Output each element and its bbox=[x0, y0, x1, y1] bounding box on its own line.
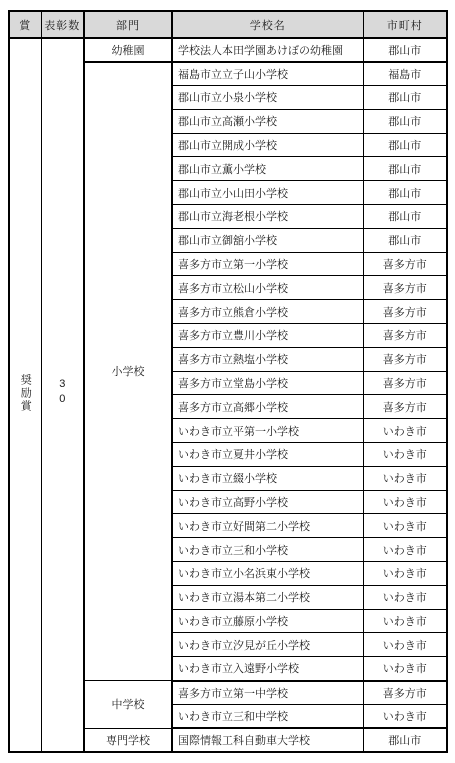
school-name-cell: いわき市立夏井小学校 bbox=[172, 443, 363, 467]
municipality-cell: 郡山市 bbox=[363, 109, 447, 133]
municipality-cell: 喜多方市 bbox=[363, 252, 447, 276]
category-cell: 小学校 bbox=[84, 62, 172, 681]
school-name-cell: 喜多方市立堂島小学校 bbox=[172, 371, 363, 395]
municipality-cell: いわき市 bbox=[363, 657, 447, 681]
municipality-cell: いわき市 bbox=[363, 585, 447, 609]
school-name-cell: 喜多方市立松山小学校 bbox=[172, 276, 363, 300]
municipality-cell: 郡山市 bbox=[363, 728, 447, 752]
school-name-cell: 郡山市立小山田小学校 bbox=[172, 181, 363, 205]
school-name-cell: 福島市立立子山小学校 bbox=[172, 62, 363, 86]
category-cell: 幼稚園 bbox=[84, 38, 172, 62]
municipality-cell: いわき市 bbox=[363, 704, 447, 728]
school-name-cell: 喜多方市立熱塩小学校 bbox=[172, 347, 363, 371]
awards-table-body: 奨励賞30幼稚園学校法人本田学園あけぼの幼稚園郡山市小学校福島市立立子山小学校福… bbox=[9, 38, 447, 752]
school-name-cell: 喜多方市立高郷小学校 bbox=[172, 395, 363, 419]
school-name-cell: 郡山市立開成小学校 bbox=[172, 133, 363, 157]
school-name-cell: いわき市立三和小学校 bbox=[172, 538, 363, 562]
category-cell: 中学校 bbox=[84, 681, 172, 729]
municipality-cell: いわき市 bbox=[363, 443, 447, 467]
header-category: 部門 bbox=[84, 11, 172, 38]
municipality-cell: いわき市 bbox=[363, 609, 447, 633]
school-name-cell: 喜多方市立豊川小学校 bbox=[172, 324, 363, 348]
header-prize: 賞 bbox=[9, 11, 41, 38]
school-name-cell: いわき市立湯本第二小学校 bbox=[172, 585, 363, 609]
header-school-name: 学校名 bbox=[172, 11, 363, 38]
municipality-cell: 喜多方市 bbox=[363, 371, 447, 395]
header-row: 賞 表彰数 部門 学校名 市町村 bbox=[9, 11, 447, 38]
municipality-cell: いわき市 bbox=[363, 538, 447, 562]
municipality-cell: 喜多方市 bbox=[363, 347, 447, 371]
table-row: 奨励賞30幼稚園学校法人本田学園あけぼの幼稚園郡山市 bbox=[9, 38, 447, 62]
document-page: 賞 表彰数 部門 学校名 市町村 奨励賞30幼稚園学校法人本田学園あけぼの幼稚園… bbox=[0, 0, 455, 763]
municipality-cell: 郡山市 bbox=[363, 86, 447, 110]
school-name-cell: いわき市立藤原小学校 bbox=[172, 609, 363, 633]
municipality-cell: 喜多方市 bbox=[363, 324, 447, 348]
header-award-count: 表彰数 bbox=[41, 11, 84, 38]
school-name-cell: 郡山市立海老根小学校 bbox=[172, 205, 363, 229]
school-name-cell: 郡山市立薫小学校 bbox=[172, 157, 363, 181]
municipality-cell: いわき市 bbox=[363, 562, 447, 586]
municipality-cell: いわき市 bbox=[363, 633, 447, 657]
school-name-cell: いわき市立三和中学校 bbox=[172, 704, 363, 728]
school-name-cell: 国際情報工科自動車大学校 bbox=[172, 728, 363, 752]
award-count-cell: 30 bbox=[41, 38, 84, 752]
school-name-cell: いわき市立綴小学校 bbox=[172, 466, 363, 490]
school-name-cell: いわき市立入遠野小学校 bbox=[172, 657, 363, 681]
school-name-cell: 喜多方市立第一中学校 bbox=[172, 681, 363, 705]
prize-name-vertical-text: 奨励賞 bbox=[19, 374, 31, 413]
municipality-cell: 郡山市 bbox=[363, 38, 447, 62]
school-name-cell: いわき市立高野小学校 bbox=[172, 490, 363, 514]
municipality-cell: いわき市 bbox=[363, 419, 447, 443]
municipality-cell: 郡山市 bbox=[363, 205, 447, 229]
school-name-cell: 学校法人本田学園あけぼの幼稚園 bbox=[172, 38, 363, 62]
municipality-cell: 喜多方市 bbox=[363, 681, 447, 705]
municipality-cell: 喜多方市 bbox=[363, 300, 447, 324]
municipality-cell: 郡山市 bbox=[363, 133, 447, 157]
school-name-cell: いわき市立好間第二小学校 bbox=[172, 514, 363, 538]
municipality-cell: 郡山市 bbox=[363, 181, 447, 205]
prize-name-cell: 奨励賞 bbox=[9, 38, 41, 752]
municipality-cell: いわき市 bbox=[363, 490, 447, 514]
school-name-cell: 郡山市立御舘小学校 bbox=[172, 228, 363, 252]
award-count-vertical-text: 30 bbox=[56, 378, 68, 408]
school-name-cell: 喜多方市立熊倉小学校 bbox=[172, 300, 363, 324]
school-name-cell: 郡山市立小泉小学校 bbox=[172, 86, 363, 110]
school-name-cell: いわき市立汐見が丘小学校 bbox=[172, 633, 363, 657]
school-name-cell: いわき市立平第一小学校 bbox=[172, 419, 363, 443]
school-name-cell: いわき市立小名浜東小学校 bbox=[172, 562, 363, 586]
municipality-cell: 郡山市 bbox=[363, 228, 447, 252]
municipality-cell: 喜多方市 bbox=[363, 395, 447, 419]
school-name-cell: 郡山市立高瀬小学校 bbox=[172, 109, 363, 133]
header-municipality: 市町村 bbox=[363, 11, 447, 38]
municipality-cell: いわき市 bbox=[363, 466, 447, 490]
municipality-cell: 福島市 bbox=[363, 62, 447, 86]
municipality-cell: 喜多方市 bbox=[363, 276, 447, 300]
school-name-cell: 喜多方市立第一小学校 bbox=[172, 252, 363, 276]
municipality-cell: いわき市 bbox=[363, 514, 447, 538]
awards-table: 賞 表彰数 部門 学校名 市町村 奨励賞30幼稚園学校法人本田学園あけぼの幼稚園… bbox=[8, 10, 448, 753]
category-cell: 専門学校 bbox=[84, 728, 172, 752]
municipality-cell: 郡山市 bbox=[363, 157, 447, 181]
